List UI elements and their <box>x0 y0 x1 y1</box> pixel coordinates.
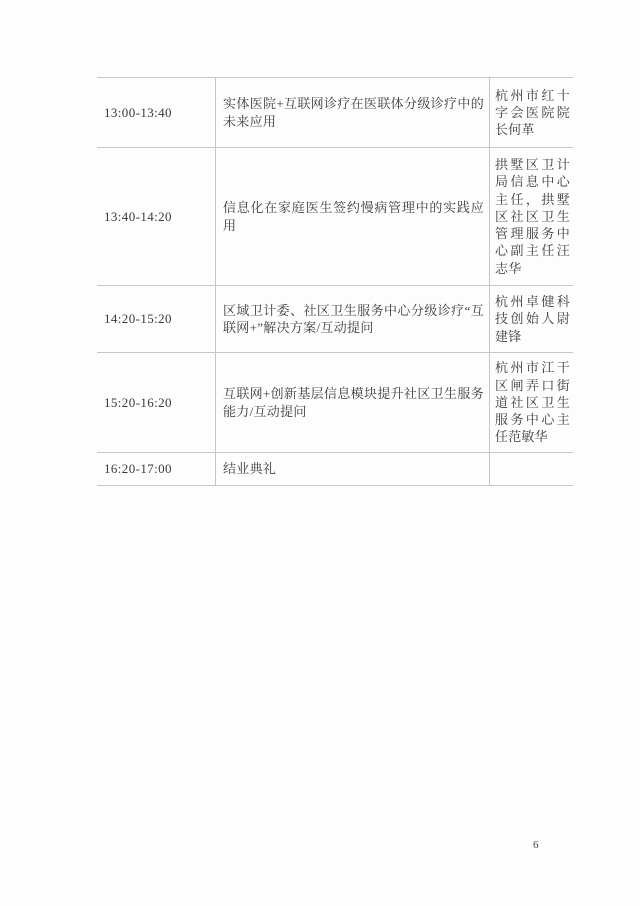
time-cell: 13:40-14:20 <box>97 148 216 286</box>
time-cell: 15:20-16:20 <box>97 353 216 453</box>
session-title-cell: 实体医院+互联网诊疗在医联体分级诊疗中的未来应用 <box>216 78 490 148</box>
speaker-cell <box>490 453 574 486</box>
table-row: 15:20-16:20 互联网+创新基层信息模块提升社区卫生服务能力/互动提问 … <box>97 353 573 453</box>
time-cell: 14:20-15:20 <box>97 286 216 353</box>
page-number: 6 <box>533 839 539 851</box>
session-title-cell: 互联网+创新基层信息模块提升社区卫生服务能力/互动提问 <box>216 353 490 453</box>
session-title-cell: 区域卫计委、社区卫生服务中心分级诊疗“互联网+”解决方案/互动提问 <box>216 286 490 353</box>
document-page: 13:00-13:40 实体医院+互联网诊疗在医联体分级诊疗中的未来应用 杭州市… <box>0 0 640 906</box>
table-row: 13:00-13:40 实体医院+互联网诊疗在医联体分级诊疗中的未来应用 杭州市… <box>97 78 573 148</box>
table-row: 14:20-15:20 区域卫计委、社区卫生服务中心分级诊疗“互联网+”解决方案… <box>97 286 573 353</box>
time-cell: 16:20-17:00 <box>97 453 216 486</box>
time-cell: 13:00-13:40 <box>97 78 216 148</box>
session-title-cell: 信息化在家庭医生签约慢病管理中的实践应用 <box>216 148 490 286</box>
speaker-cell: 杭州卓健科技创始人尉建锋 <box>490 286 574 353</box>
speaker-cell: 杭州市红十字会医院院长何革 <box>490 78 574 148</box>
schedule-table: 13:00-13:40 实体医院+互联网诊疗在医联体分级诊疗中的未来应用 杭州市… <box>97 77 573 486</box>
table-row: 16:20-17:00 结业典礼 <box>97 453 573 486</box>
table-row: 13:40-14:20 信息化在家庭医生签约慢病管理中的实践应用 拱墅区卫计局信… <box>97 148 573 286</box>
speaker-cell: 杭州市江干区闸弄口街道社区卫生服务中心主任范敏华 <box>490 353 574 453</box>
speaker-cell: 拱墅区卫计局信息中心主任，拱墅区社区卫生管理服务中心副主任汪志华 <box>490 148 574 286</box>
session-title-cell: 结业典礼 <box>216 453 490 486</box>
